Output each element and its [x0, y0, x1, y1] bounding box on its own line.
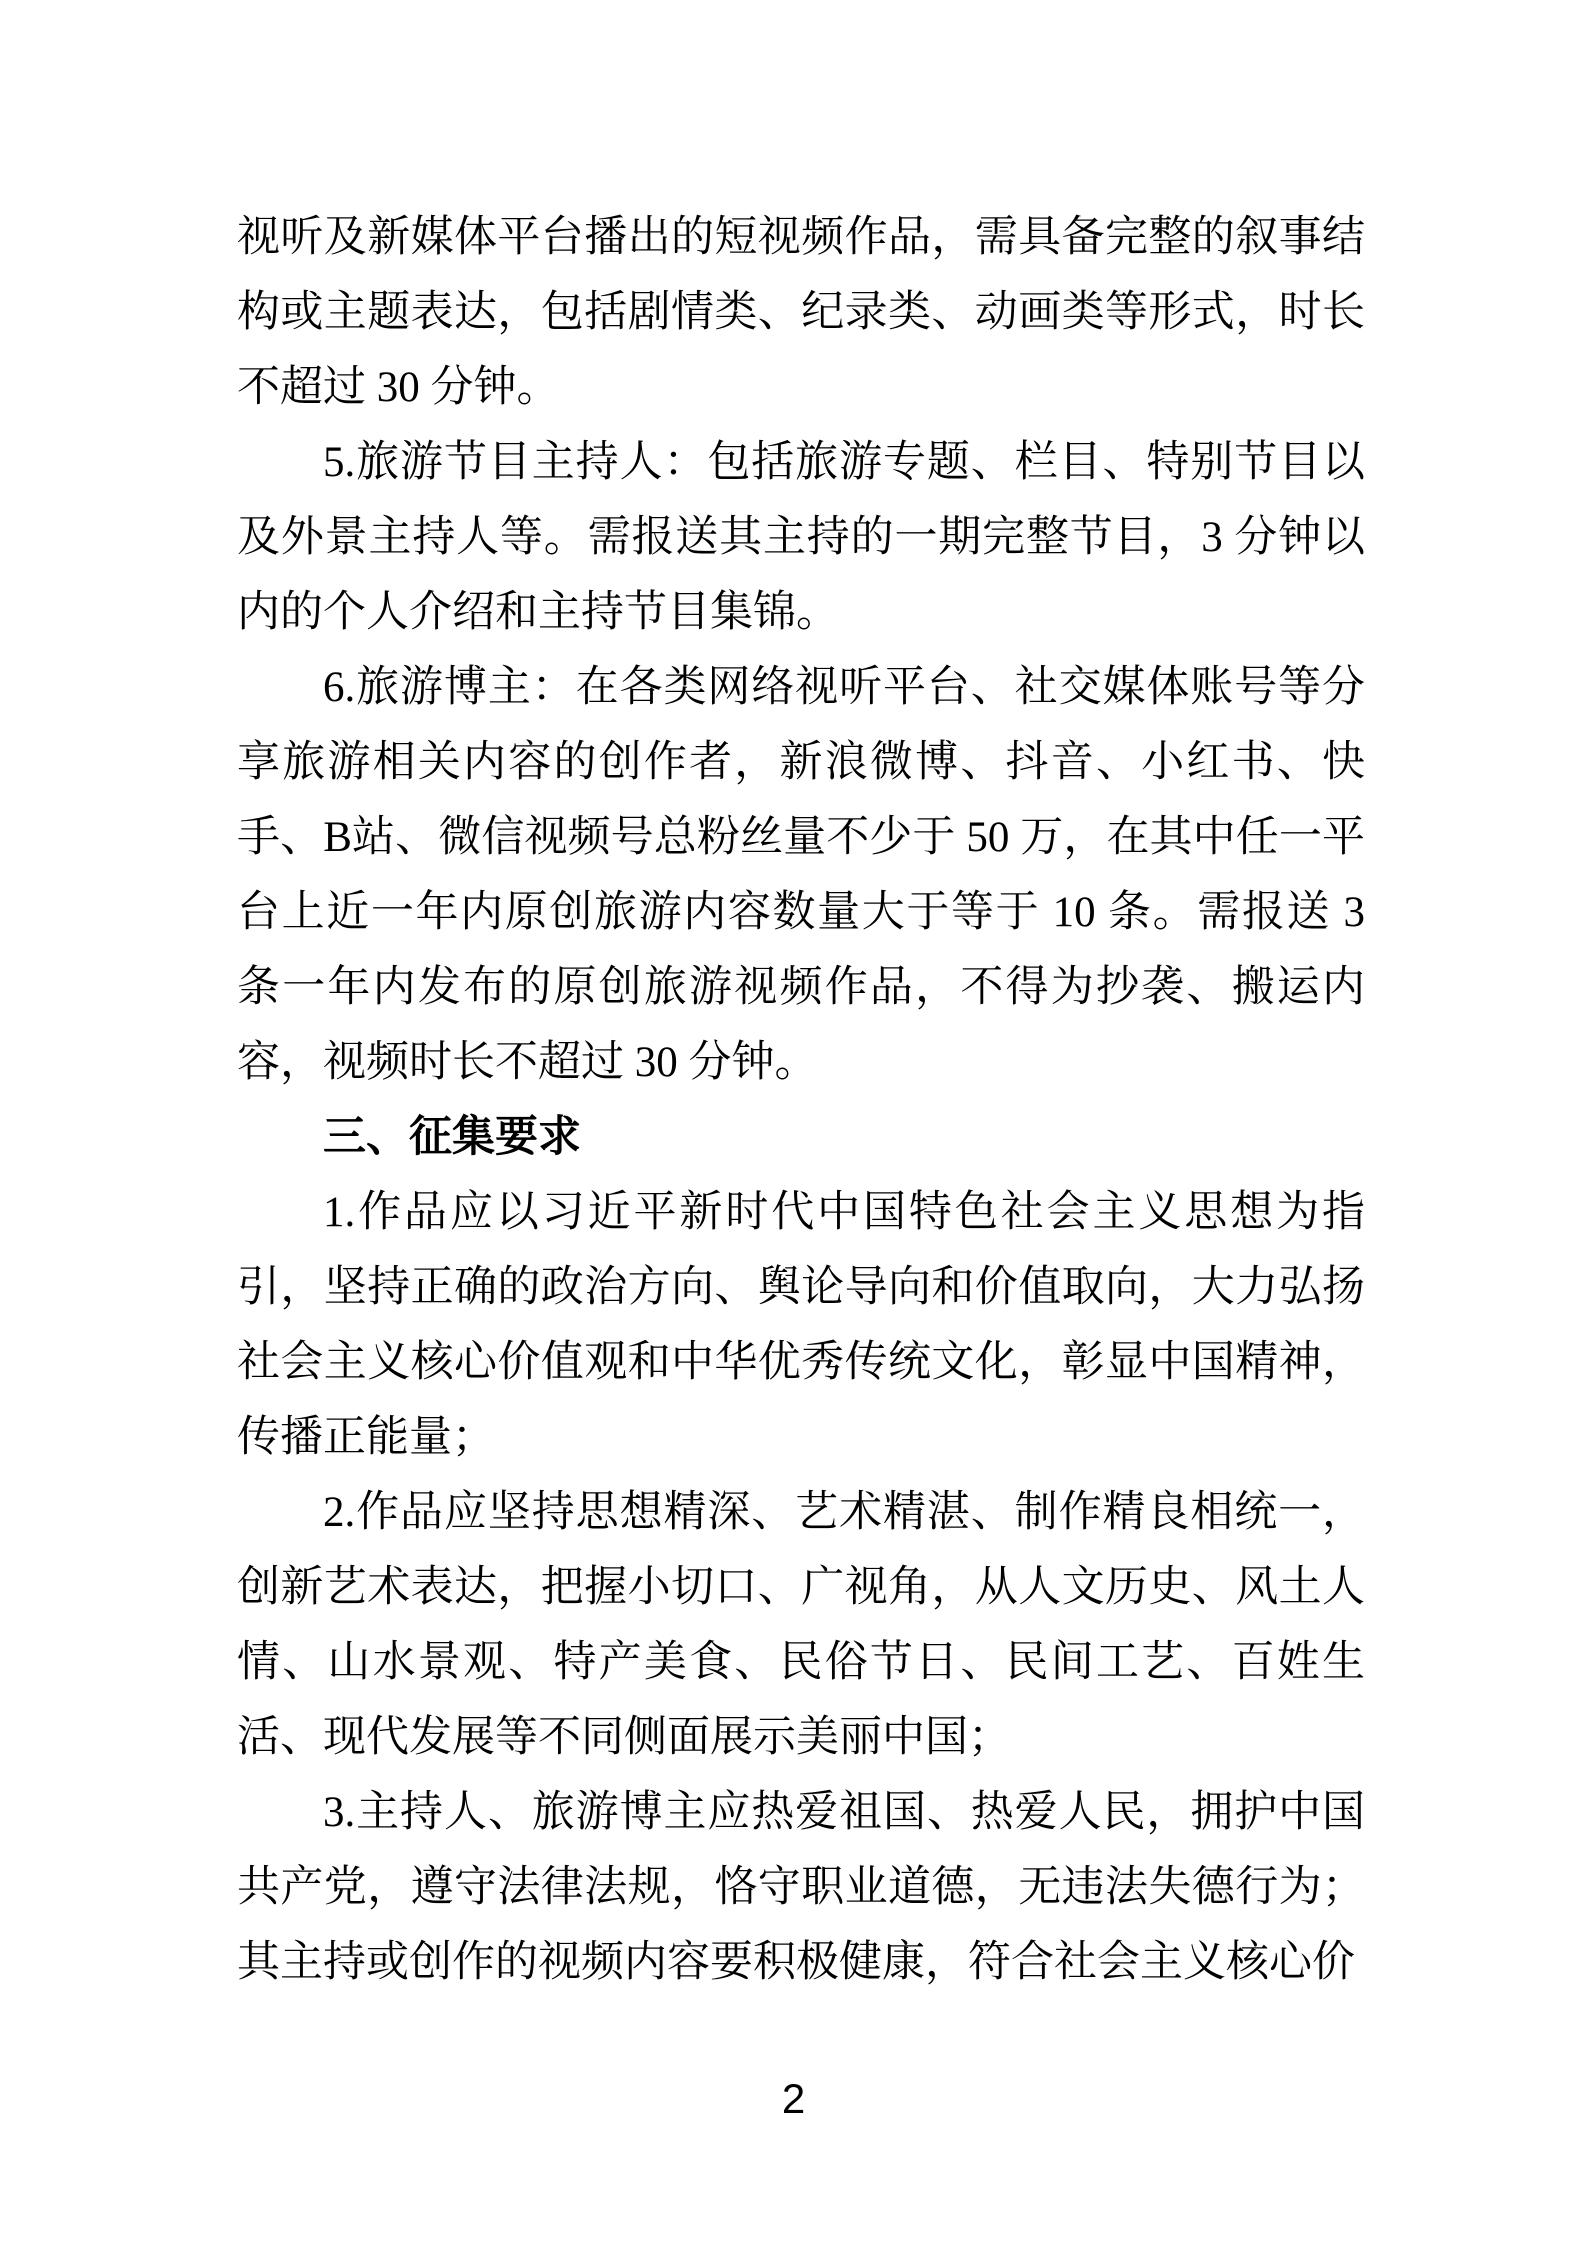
paragraph-item-6: 6.旅游博主：在各类网络视听平台、社交媒体账号等分享旅游相关内容的创作者，新浪微…: [237, 650, 1365, 1100]
paragraph-item-3: 3.主持人、旅游博主应热爱祖国、热爱人民，拥护中国共产党，遵守法律法规，恪守职业…: [237, 1775, 1365, 2000]
page-footer: 2: [0, 2078, 1587, 2120]
document-page: 视听及新媒体平台播出的短视频作品，需具备完整的叙事结构或主题表达，包括剧情类、纪…: [0, 0, 1587, 2245]
paragraph-item-1: 1.作品应以习近平新时代中国特色社会主义思想为指引，坚持正确的政治方向、舆论导向…: [237, 1175, 1365, 1475]
paragraph-continuation: 视听及新媒体平台播出的短视频作品，需具备完整的叙事结构或主题表达，包括剧情类、纪…: [237, 200, 1365, 425]
paragraph-item-2: 2.作品应坚持思想精深、艺术精湛、制作精良相统一，创新艺术表达，把握小切口、广视…: [237, 1475, 1365, 1775]
section-heading: 三、征集要求: [237, 1100, 1365, 1175]
page-number: 2: [782, 2075, 805, 2122]
document-body: 视听及新媒体平台播出的短视频作品，需具备完整的叙事结构或主题表达，包括剧情类、纪…: [237, 200, 1365, 2000]
paragraph-item-5: 5.旅游节目主持人：包括旅游专题、栏目、特别节目以及外景主持人等。需报送其主持的…: [237, 425, 1365, 650]
